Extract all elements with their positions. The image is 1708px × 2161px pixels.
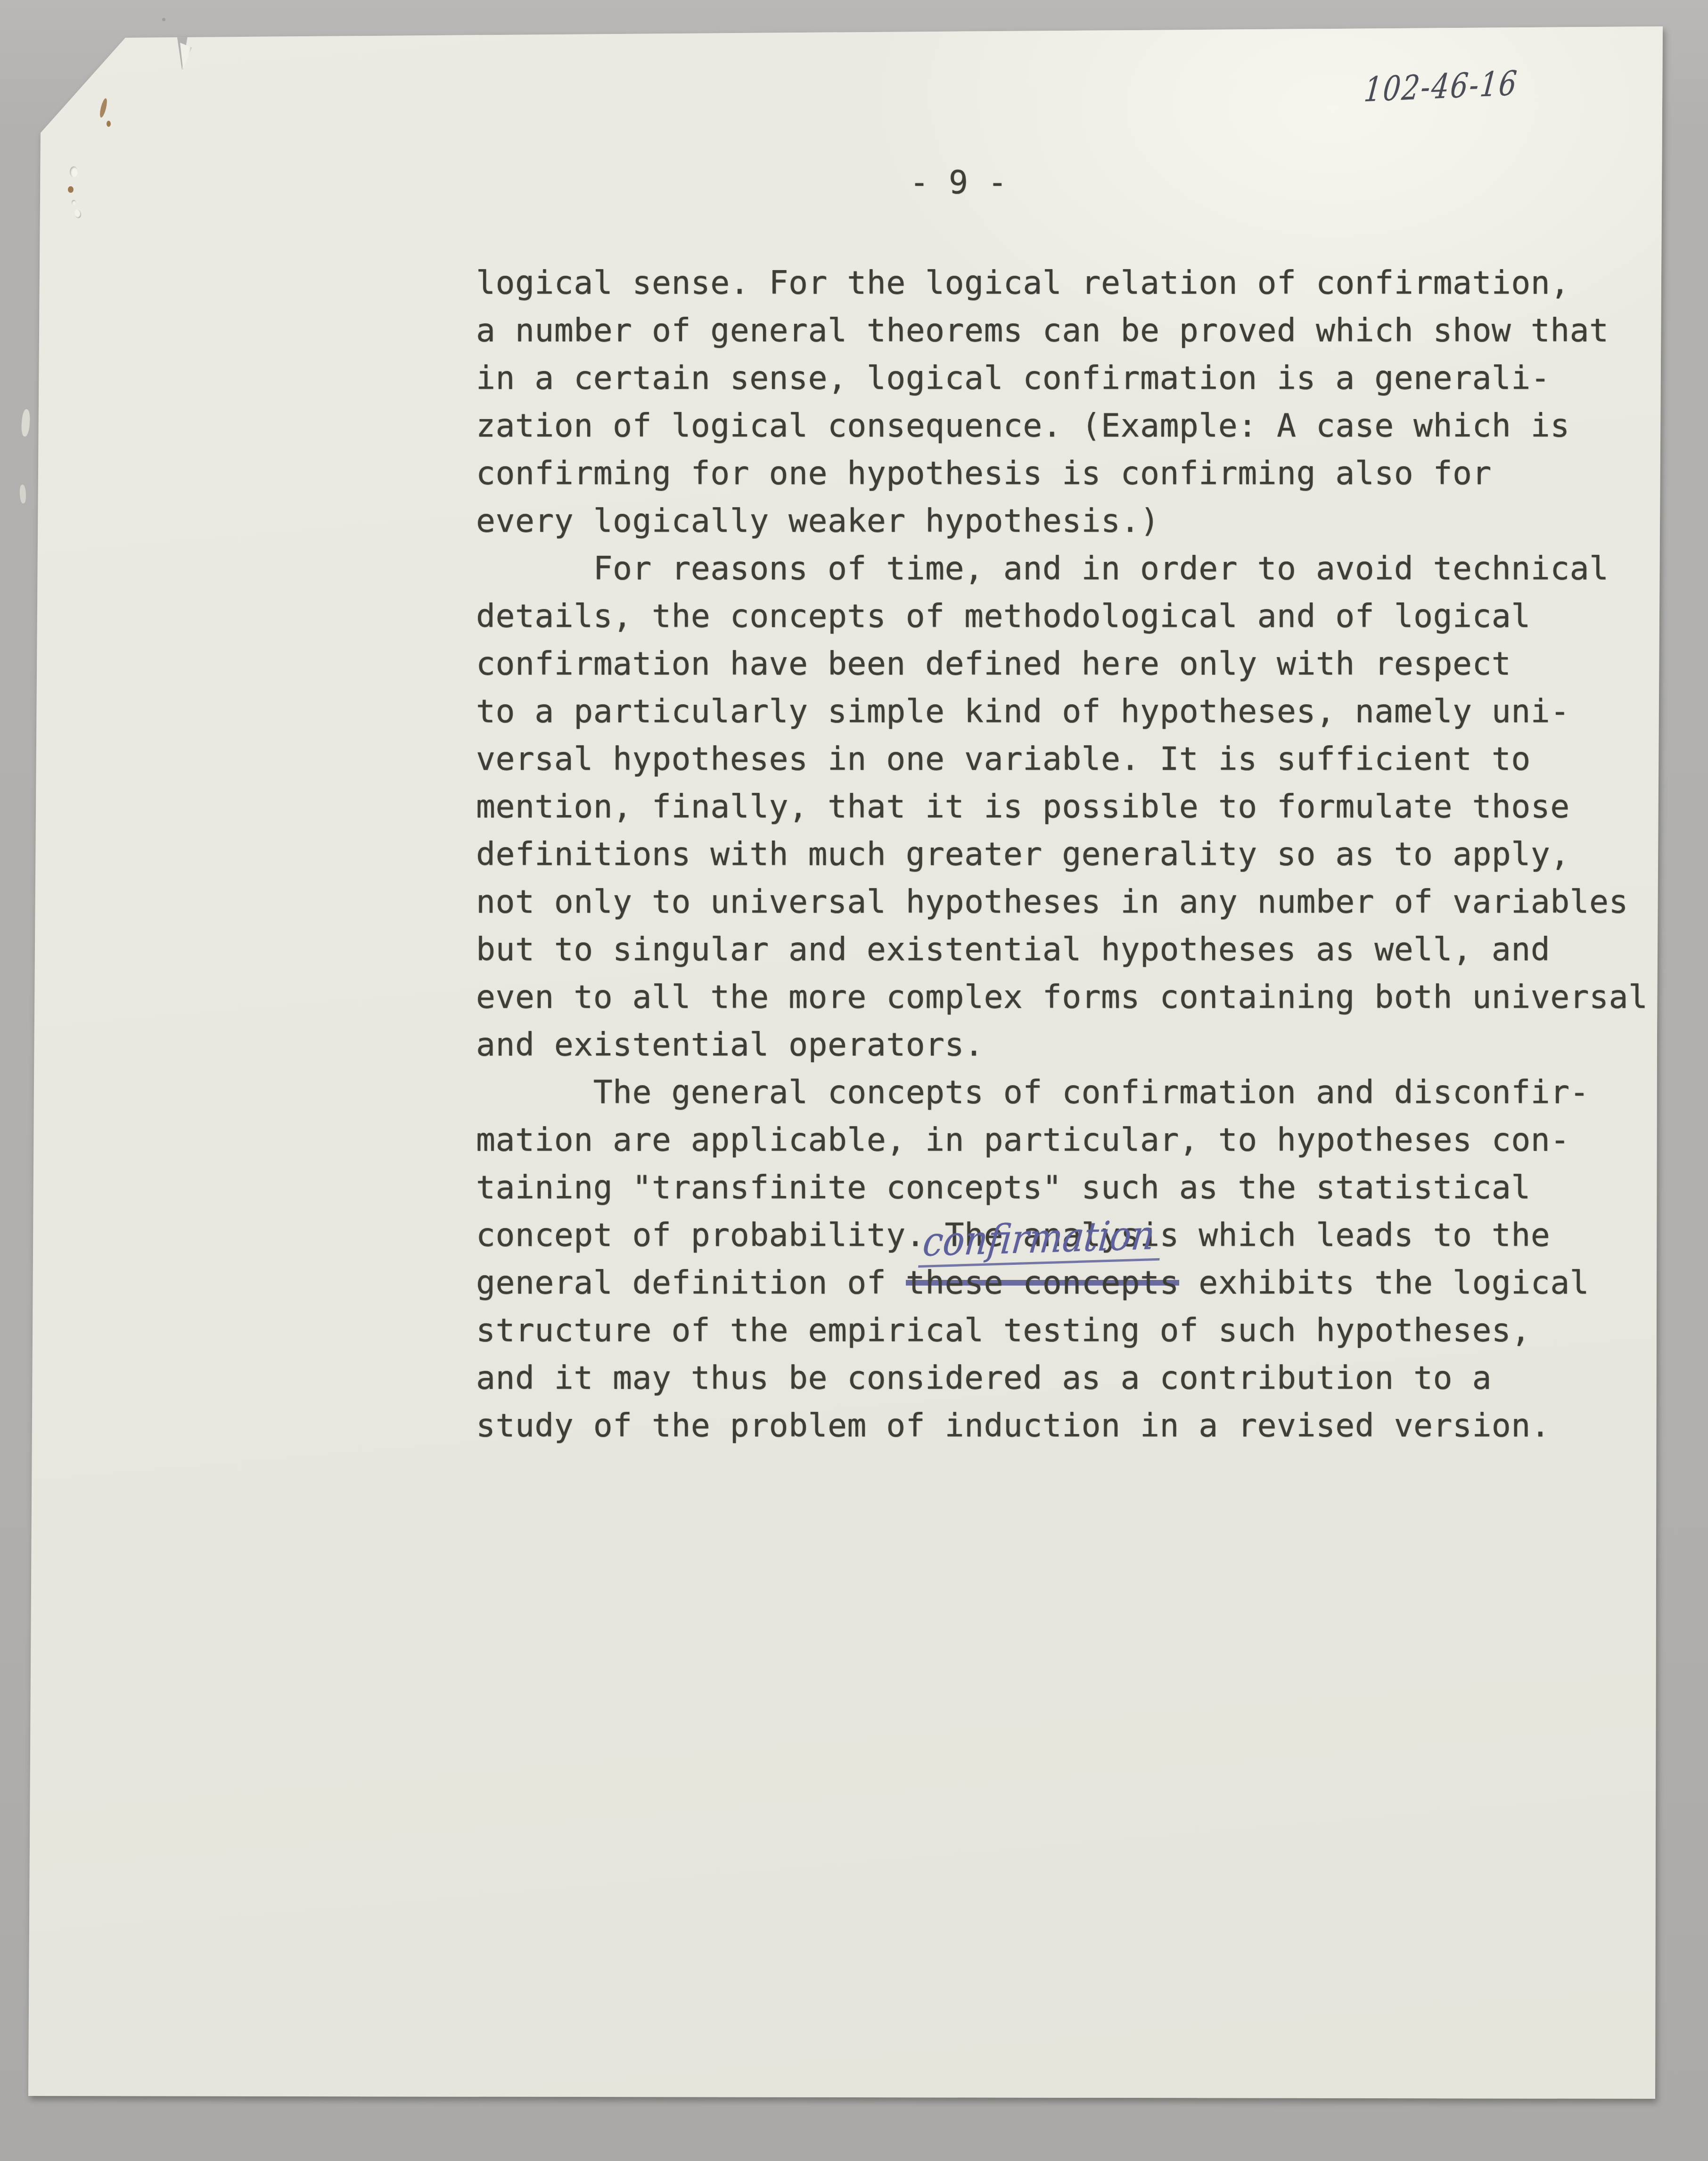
handwritten-correction: confirmation (918, 1215, 1164, 1268)
text-line: definitions with much greater generality… (476, 831, 1701, 878)
text-segment: exhibits the logical (1179, 1264, 1589, 1302)
text-line: confirming for one hypothesis is confirm… (476, 450, 1701, 497)
text-line: study of the problem of induction in a r… (476, 1402, 1701, 1450)
text-line: in a certain sense, logical confirmation… (476, 355, 1701, 402)
text-line: structure of the empirical testing of su… (476, 1307, 1701, 1354)
text-line: versal hypotheses in one variable. It is… (476, 735, 1701, 783)
typed-body: logical sense. For the logical relation … (476, 259, 1701, 1450)
text-line: The general concepts of confirmation and… (476, 1069, 1701, 1116)
paper-sheet: 102-46-16 - 9 - logical sense. For the l… (0, 0, 1708, 2161)
text-line: mention, finally, that it is possible to… (476, 783, 1701, 831)
text-line: mation are applicable, in particular, to… (476, 1116, 1701, 1164)
text-line: and existential operators. (476, 1021, 1701, 1069)
text-line: zation of logical consequence. (Example:… (476, 402, 1701, 450)
text-line-with-correction: general definition of these concepts exh… (476, 1259, 1701, 1307)
text-line: every logically weaker hypothesis.) (476, 497, 1701, 545)
text-line: and it may thus be considered as a contr… (476, 1354, 1701, 1402)
paper-shadow: 102-46-16 - 9 - logical sense. For the l… (0, 0, 1708, 2161)
scanner-speck (162, 18, 165, 21)
paper-stain (107, 121, 111, 127)
text-line: even to all the more complex forms conta… (476, 973, 1701, 1021)
text-line: taining "transfinite concepts" such as t… (476, 1164, 1701, 1212)
text-line: For reasons of time, and in order to avo… (476, 545, 1701, 593)
text-line: confirmation have been defined here only… (476, 640, 1701, 688)
page-number: - 9 - (910, 166, 1007, 200)
text-line: to a particularly simple kind of hypothe… (476, 688, 1701, 735)
text-line: details, the concepts of methodological … (476, 593, 1701, 640)
paper-hole (70, 166, 78, 177)
text-line: but to singular and existential hypothes… (476, 926, 1701, 973)
paper-stain (68, 186, 74, 193)
scan-background: 102-46-16 - 9 - logical sense. For the l… (0, 0, 1708, 2161)
text-segment: general definition of (476, 1264, 906, 1302)
paper-hole (72, 200, 76, 205)
text-line: not only to universal hypotheses in any … (476, 878, 1701, 926)
text-line: a number of general theorems can be prov… (476, 307, 1701, 355)
paper-flake (73, 208, 82, 219)
archive-number-annotation: 102-46-16 (1363, 66, 1519, 107)
text-line: logical sense. For the logical relation … (476, 259, 1701, 307)
paper-stain (99, 98, 108, 118)
